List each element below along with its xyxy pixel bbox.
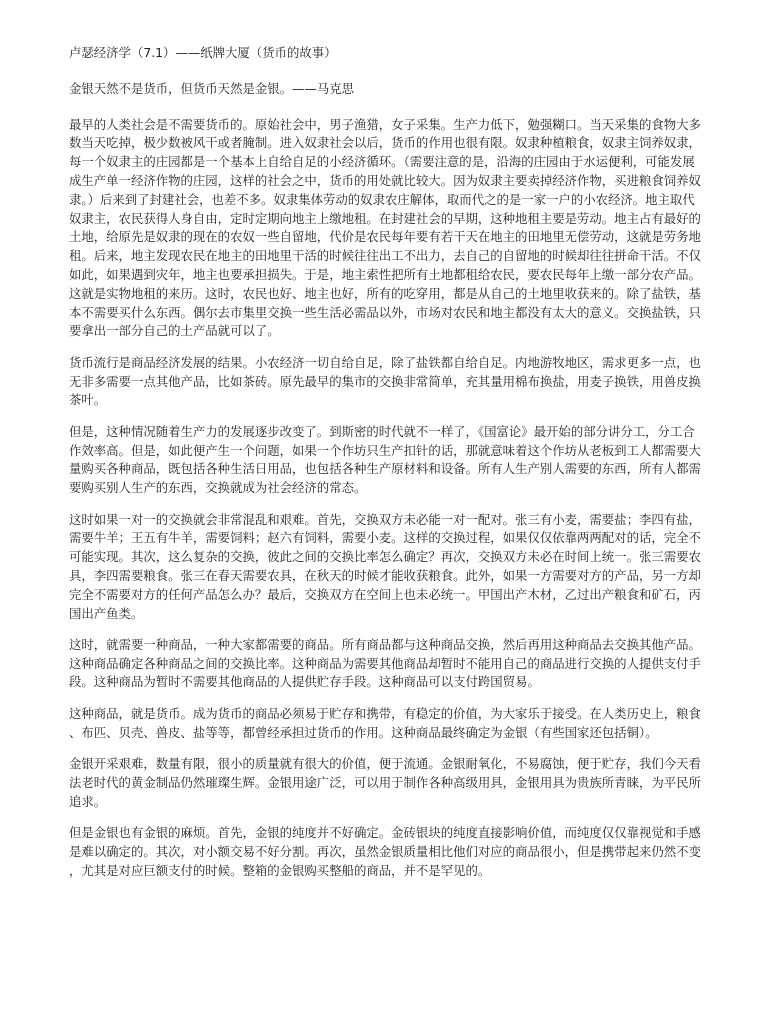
paragraph-4: 这时如果一对一的交换就会非常混乱和艰难。首先，交换双方未必能一对一配对。张三有小… <box>69 511 705 624</box>
paragraph-7: 金银开采艰难，数量有限，很小的质量就有很大的价值，便于流通。金银耐氧化，不易腐蚀… <box>69 755 705 811</box>
document-title: 卢瑟经济学（7.1）——纸牌大厦（货币的故事） <box>69 44 705 63</box>
paragraph-3: 但是，这种情况随着生产力的发展逐步改变了。到斯密的时代就不一样了，《国富论》最开… <box>69 423 705 498</box>
paragraph-1: 最早的人类社会是不需要货币的。原始社会中，男子渔猎，女子采集。生产力低下，勉强糊… <box>69 116 705 342</box>
paragraph-2: 货币流行是商品经济发展的结果。小农经济一切自给自足，除了盐铁都自给自足。内地游牧… <box>69 354 705 410</box>
document-page: 卢瑟经济学（7.1）——纸牌大厦（货币的故事） 金银天然不是货币，但货币天然是金… <box>69 44 705 893</box>
paragraph-5: 这时，就需要一种商品，一种大家都需要的商品。所有商品都与这种商品交换，然后再用这… <box>69 636 705 692</box>
epigraph-quote: 金银天然不是货币，但货币天然是金银。——马克思 <box>69 80 705 99</box>
paragraph-8: 但是金银也有金银的麻烦。首先，金银的纯度并不好确定。金砖银块的纯度直接影响价值，… <box>69 824 705 880</box>
paragraph-6: 这种商品，就是货币。成为货币的商品必须易于贮存和携带，有稳定的价值，为大家乐于接… <box>69 705 705 743</box>
